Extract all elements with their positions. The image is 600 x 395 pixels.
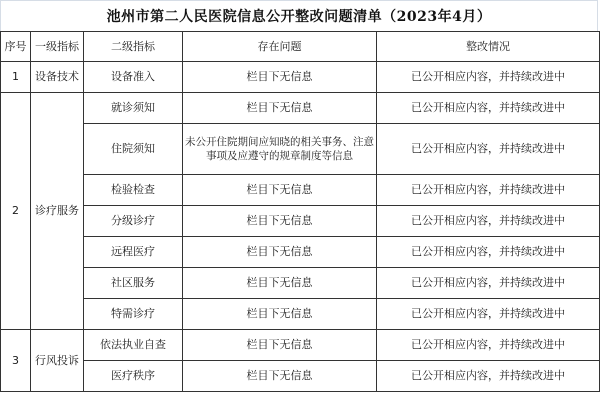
row-problem: 栏目下无信息 [183, 237, 377, 268]
row-level2: 社区服务 [84, 268, 183, 299]
row-level1: 诊疗服务 [31, 93, 84, 330]
table-row: 医疗秩序 栏目下无信息 已公开相应内容，并持续改进中 [1, 361, 600, 392]
table-header-row: 序号 一级指标 二级指标 存在问题 整改情况 [1, 32, 600, 62]
row-status: 已公开相应内容，并持续改进中 [377, 93, 600, 124]
row-status: 已公开相应内容，并持续改进中 [377, 361, 600, 392]
row-problem: 栏目下无信息 [183, 206, 377, 237]
row-index: 3 [1, 330, 31, 392]
table-row: 1 设备技术 设备准入 栏目下无信息 已公开相应内容，并持续改进中 [1, 62, 600, 93]
table-row: 3 行风投诉 依法执业自查 栏目下无信息 已公开相应内容，并持续改进中 [1, 330, 600, 361]
row-status: 已公开相应内容，并持续改进中 [377, 268, 600, 299]
rectification-table: 序号 一级指标 二级指标 存在问题 整改情况 1 设备技术 设备准入 栏目下无信… [0, 31, 600, 392]
table-row: 住院须知 未公开住院期间应知晓的相关事务、注意事项及应遵守的规章制度等信息 已公… [1, 124, 600, 175]
row-problem-text: 未公开住院期间应知晓的相关事务、注意事项及应遵守的规章制度等信息 [185, 135, 374, 163]
header-level2: 二级指标 [84, 32, 183, 62]
row-status: 已公开相应内容，并持续改进中 [377, 237, 600, 268]
row-level1: 行风投诉 [31, 330, 84, 392]
table-row: 特需诊疗 栏目下无信息 已公开相应内容，并持续改进中 [1, 299, 600, 330]
row-level2: 医疗秩序 [84, 361, 183, 392]
table-row: 检验检查 栏目下无信息 已公开相应内容，并持续改进中 [1, 175, 600, 206]
row-level2: 远程医疗 [84, 237, 183, 268]
row-level2: 住院须知 [84, 124, 183, 175]
row-level2: 特需诊疗 [84, 299, 183, 330]
row-problem: 栏目下无信息 [183, 268, 377, 299]
row-level2: 依法执业自查 [84, 330, 183, 361]
row-status: 已公开相应内容，并持续改进中 [377, 206, 600, 237]
table-row: 分级诊疗 栏目下无信息 已公开相应内容，并持续改进中 [1, 206, 600, 237]
row-index: 1 [1, 62, 31, 93]
document-title-bar: 池州市第二人民医院信息公开整改问题清单（2023年4月） [0, 0, 598, 31]
row-level1: 设备技术 [31, 62, 84, 93]
table-row: 远程医疗 栏目下无信息 已公开相应内容，并持续改进中 [1, 237, 600, 268]
row-problem: 栏目下无信息 [183, 330, 377, 361]
document-title: 池州市第二人民医院信息公开整改问题清单（2023年4月） [107, 6, 492, 26]
header-index: 序号 [1, 32, 31, 62]
row-level2: 设备准入 [84, 62, 183, 93]
table-row: 社区服务 栏目下无信息 已公开相应内容，并持续改进中 [1, 268, 600, 299]
row-status: 已公开相应内容，并持续改进中 [377, 62, 600, 93]
header-status: 整改情况 [377, 32, 600, 62]
row-index: 2 [1, 93, 31, 330]
row-status: 已公开相应内容，并持续改进中 [377, 299, 600, 330]
row-problem: 栏目下无信息 [183, 175, 377, 206]
row-level2: 就诊须知 [84, 93, 183, 124]
row-problem: 未公开住院期间应知晓的相关事务、注意事项及应遵守的规章制度等信息 [183, 124, 377, 175]
header-level1: 一级指标 [31, 32, 84, 62]
table-row: 2 诊疗服务 就诊须知 栏目下无信息 已公开相应内容，并持续改进中 [1, 93, 600, 124]
row-problem: 栏目下无信息 [183, 62, 377, 93]
row-level2: 检验检查 [84, 175, 183, 206]
row-level2: 分级诊疗 [84, 206, 183, 237]
row-status: 已公开相应内容，并持续改进中 [377, 330, 600, 361]
row-problem: 栏目下无信息 [183, 361, 377, 392]
row-problem: 栏目下无信息 [183, 93, 377, 124]
row-status: 已公开相应内容，并持续改进中 [377, 175, 600, 206]
row-status: 已公开相应内容，并持续改进中 [377, 124, 600, 175]
row-problem: 栏目下无信息 [183, 299, 377, 330]
header-problem: 存在问题 [183, 32, 377, 62]
